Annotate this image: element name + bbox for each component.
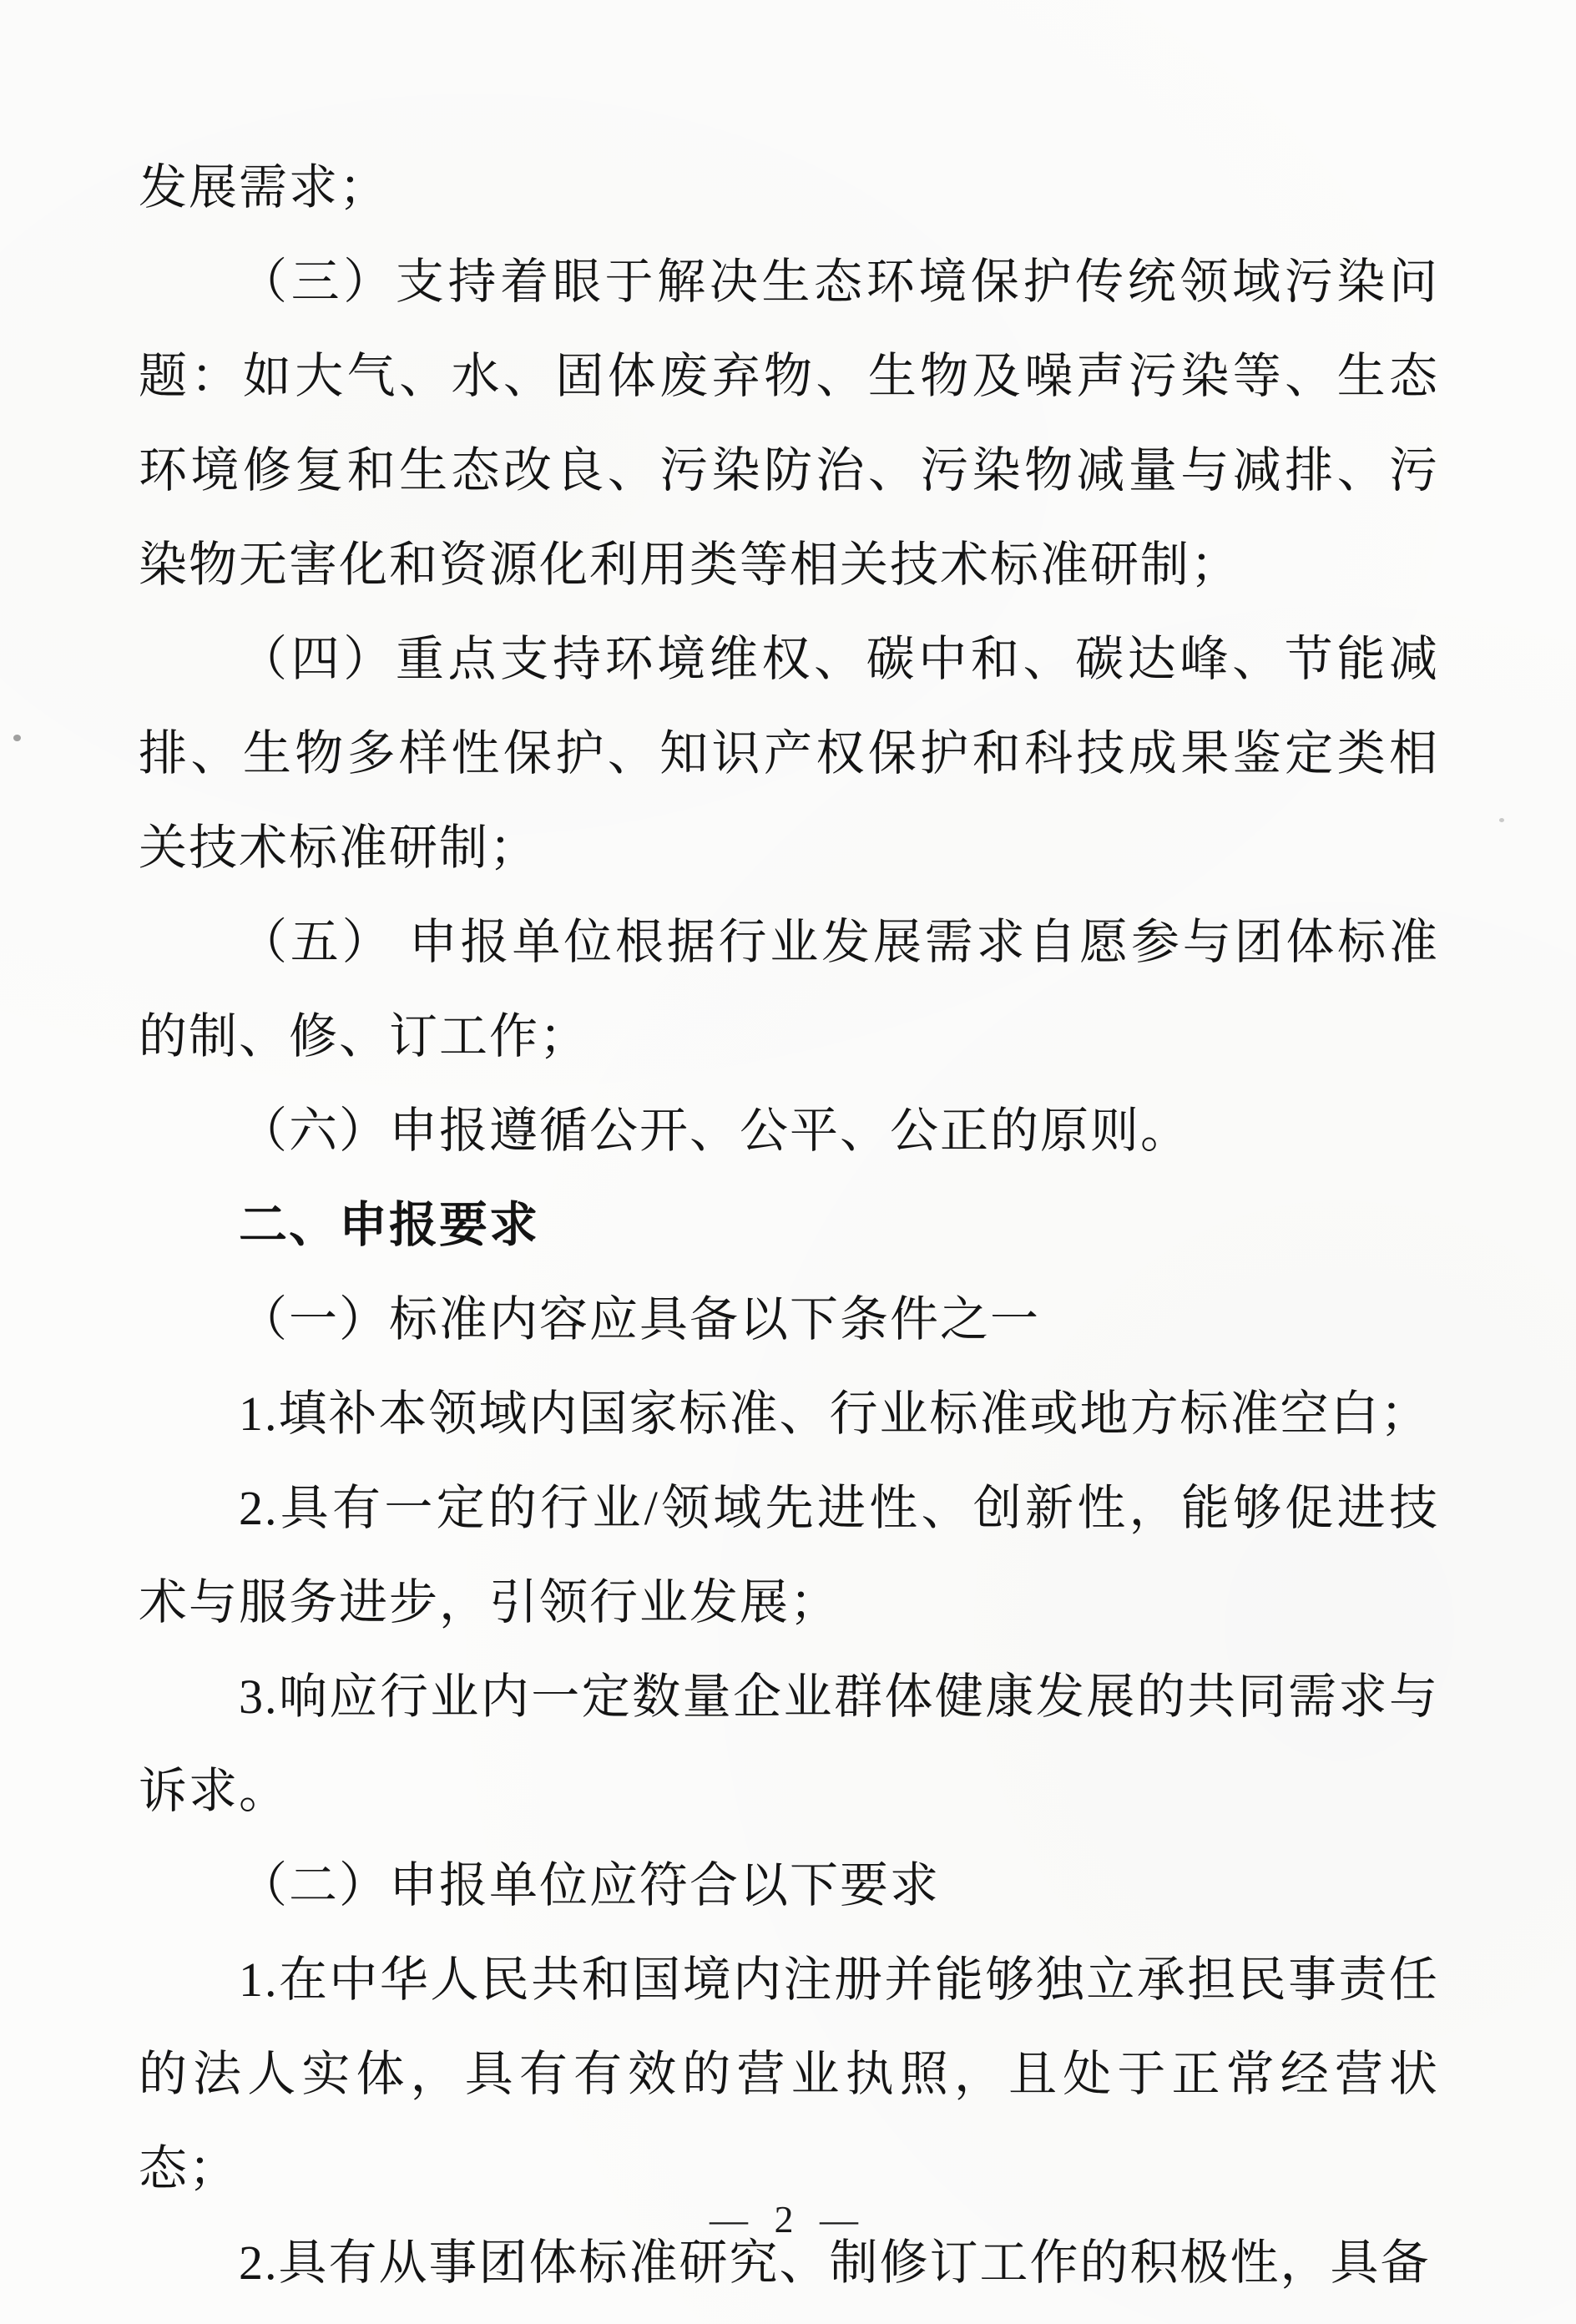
paragraph: 1.填补本领域内国家标准、行业标准或地方标准空白； [139,1367,1439,1461]
paragraph: （一）标准内容应具备以下条件之一 [139,1272,1439,1367]
paragraph: 2.具有一定的行业/领域先进性、创新性，能够促进技术与服务进步，引领行业发展； [139,1461,1439,1650]
scan-speck [1499,818,1504,822]
paragraph: （四）重点支持环境维权、碳中和、碳达峰、节能减排、生物多样性保护、知识产权保护和… [139,612,1439,895]
paragraph: 1.在中华人民共和国境内注册并能够独立承担民事责任的法人实体，具有有效的营业执照… [139,1932,1439,2215]
paragraph: 发展需求； [139,140,1439,235]
paragraph: （五） 申报单位根据行业发展需求自愿参与团体标准的制、修、订工作； [139,895,1439,1084]
document-body: 发展需求；（三）支持着眼于解决生态环境保护传统领域污染问题：如大气、水、固体废弃… [139,140,1439,2310]
page-number: — 2 — [0,2197,1576,2241]
section-heading: 二、申报要求 [139,1178,1439,1272]
paragraph: 3.响应行业内一定数量企业群体健康发展的共同需求与诉求。 [139,1650,1439,1838]
scanned-document-page: 发展需求；（三）支持着眼于解决生态环境保护传统领域污染问题：如大气、水、固体废弃… [0,0,1576,2324]
paragraph: （二）申报单位应符合以下要求 [139,1838,1439,1932]
scan-speck [13,735,21,741]
paragraph: （六）申报遵循公开、公平、公正的原则。 [139,1084,1439,1178]
paragraph: （三）支持着眼于解决生态环境保护传统领域污染问题：如大气、水、固体废弃物、生物及… [139,235,1439,612]
